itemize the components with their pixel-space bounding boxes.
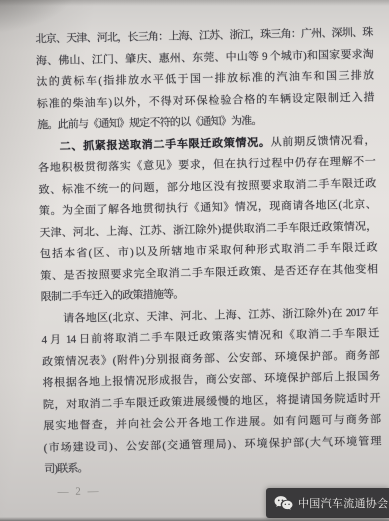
section-heading-tail: 从前期反馈情况看， [271, 134, 375, 148]
wechat-icon [274, 495, 293, 511]
section-heading: 二、抓紧报送取消二手车限迁政策情况。 [60, 136, 271, 152]
association-name: 中国汽车流通协会 [298, 495, 388, 511]
association-watermark-bar: 中国汽车流通协会 [266, 488, 389, 518]
document-text-block: 北京、天津、河北，长三角：上海、江苏、浙江，珠三角：广州、深圳、珠 海、佛山、江… [35, 23, 381, 498]
document-photo: 北京、天津、河北，长三角：上海、江苏、浙江，珠三角：广州、深圳、珠 海、佛山、江… [0, 0, 389, 521]
